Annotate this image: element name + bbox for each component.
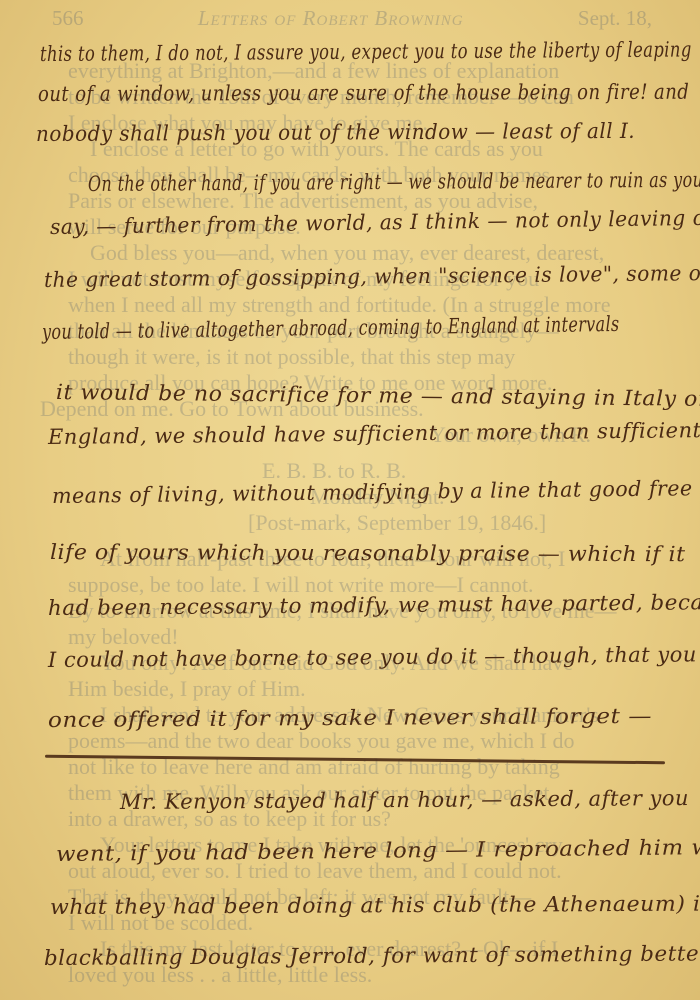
handwritten-line: I could not have borne to see you do it … xyxy=(48,642,697,672)
handwritten-letter: this to them, I do not, I assure you, ex… xyxy=(0,0,700,1000)
handwritten-line: had been necessary to modify, we must ha… xyxy=(48,590,700,620)
handwritten-line: nobody shall push you out of the window … xyxy=(36,119,635,146)
handwritten-line: out of a window, unless you are sure of … xyxy=(38,80,689,106)
handwritten-line: life of yours which you reasonably prais… xyxy=(50,540,686,566)
handwritten-line: On the other hand, if you are right — we… xyxy=(88,168,700,196)
handwritten-line: what they had been doing at his club (th… xyxy=(50,892,700,919)
handwritten-line: it would be no sacrifice for me — and st… xyxy=(56,380,700,411)
handwritten-line: this to them, I do not, I assure you, ex… xyxy=(40,37,692,66)
handwritten-line: once offered it for my sake I never shal… xyxy=(48,704,652,732)
handwritten-line: Mr. Kenyon stayed half an hour, — asked,… xyxy=(120,786,689,814)
handwritten-line: say, — further from the world, as I thin… xyxy=(50,206,700,239)
handwritten-line: went, if you had been here long — I repr… xyxy=(56,835,700,866)
handwritten-line: England, we should have sufficient or mo… xyxy=(48,418,700,449)
handwritten-line: blackballing Douglas Jerrold, for want o… xyxy=(44,941,700,970)
handwritten-line: you told — to live altogether abroad, co… xyxy=(42,312,620,344)
handwritten-line: means of living, without modifying by a … xyxy=(52,476,693,508)
handwritten-line: the great storm of gossipping, when "sci… xyxy=(44,261,700,292)
